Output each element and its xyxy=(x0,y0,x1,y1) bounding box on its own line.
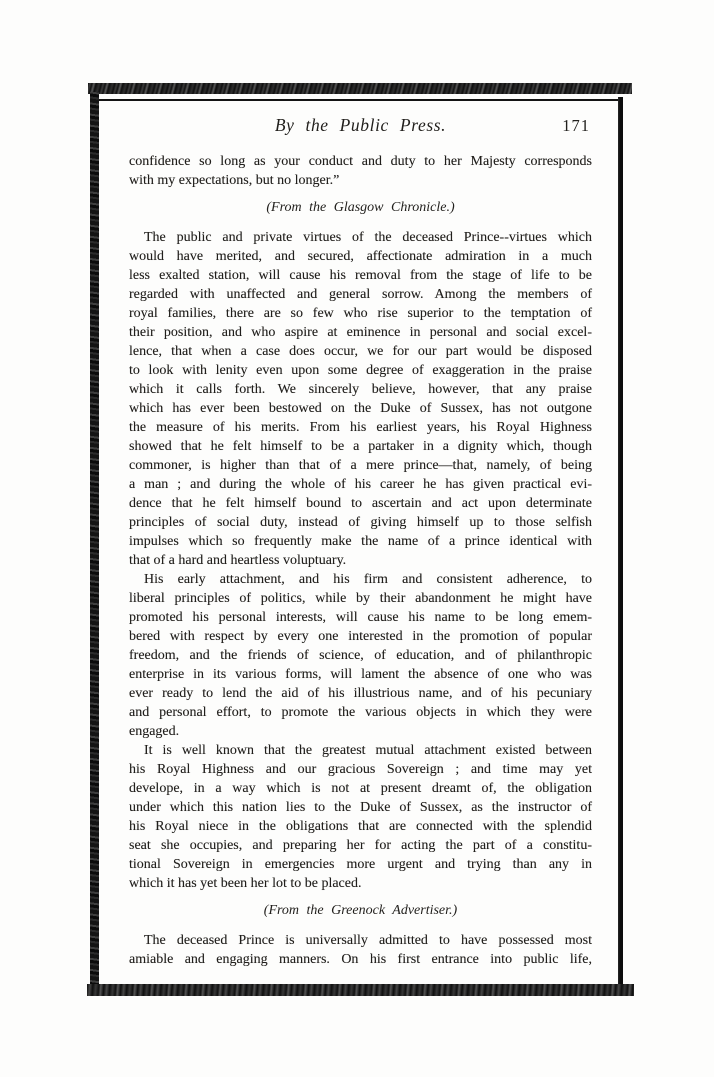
text-line: to look with lenity even upon some degre… xyxy=(129,361,592,380)
text-line: showed that he felt himself to be a part… xyxy=(129,437,592,456)
text-line: develope, in a way which is not at prese… xyxy=(129,779,592,798)
text-line: His early attachment, and his firm and c… xyxy=(129,570,592,589)
text-line: The public and private virtues of the de… xyxy=(129,228,592,247)
text-line: impulses which so frequently make the na… xyxy=(129,532,592,551)
text-line: their position, and who aspire at eminen… xyxy=(129,323,592,342)
paragraph: The public and private virtues of the de… xyxy=(129,228,592,570)
page-title: By the Public Press. xyxy=(275,115,446,135)
paragraph: confidence so long as your conduct and d… xyxy=(129,152,592,190)
text-line: liberal principles of politics, while by… xyxy=(129,589,592,608)
text-line: bered with respect by every one interest… xyxy=(129,627,592,646)
text-line: seat she occupies, and preparing her for… xyxy=(129,836,592,855)
page-frame: By the Public Press. 171 confidence so l… xyxy=(90,83,627,996)
paragraph: The deceased Prince is universally admit… xyxy=(129,931,592,969)
text-line: and personal effort, to promote the vari… xyxy=(129,703,592,722)
text-column: confidence so long as your conduct and d… xyxy=(129,152,592,969)
text-line: which it has yet been her lot to be plac… xyxy=(129,874,592,893)
page-number: 171 xyxy=(562,116,590,136)
text-line: confidence so long as your conduct and d… xyxy=(129,152,592,171)
text-line: The deceased Prince is universally admit… xyxy=(129,931,592,950)
text-line: would have merited, and secured, affecti… xyxy=(129,247,592,266)
text-line: amiable and engaging manners. On his fir… xyxy=(129,950,592,969)
text-line: enterprise in its various forms, will la… xyxy=(129,665,592,684)
text-line: engaged. xyxy=(129,722,592,741)
text-line: his Royal niece in the obligations that … xyxy=(129,817,592,836)
text-line: his Royal Highness and our gracious Sove… xyxy=(129,760,592,779)
text-line: It is well known that the greatest mutua… xyxy=(129,741,592,760)
page-border-bottom xyxy=(87,984,634,996)
text-line: that of a hard and heartless voluptuary. xyxy=(129,551,592,570)
text-line: lence, that when a case does occur, we f… xyxy=(129,342,592,361)
text-line: freedom, and the friends of science, of … xyxy=(129,646,592,665)
page-border-right xyxy=(618,97,623,984)
paragraph: It is well known that the greatest mutua… xyxy=(129,741,592,893)
text-line: which has ever been bestowed on the Duke… xyxy=(129,399,592,418)
page-border-top xyxy=(88,83,632,94)
text-line: the measure of his merits. From his earl… xyxy=(129,418,592,437)
page-border-left xyxy=(90,92,99,985)
text-line: under which this nation lies to the Duke… xyxy=(129,798,592,817)
text-line: with my expectations, but no longer.” xyxy=(129,171,592,190)
section-heading: (From the Greenock Advertiser.) xyxy=(129,902,592,920)
paragraph: His early attachment, and his firm and c… xyxy=(129,570,592,741)
text-line: ever ready to lend the aid of his illust… xyxy=(129,684,592,703)
text-line: promoted his personal interests, will ca… xyxy=(129,608,592,627)
section-heading: (From the Glasgow Chronicle.) xyxy=(129,199,592,217)
text-line: regarded with unaffected and general sor… xyxy=(129,285,592,304)
text-line: a man ; and during the whole of his care… xyxy=(129,475,592,494)
text-line: dence that he felt himself bound to asce… xyxy=(129,494,592,513)
text-line: commoner, is higher than that of a mere … xyxy=(129,456,592,475)
running-head: By the Public Press. 171 xyxy=(129,115,592,139)
text-line: royal families, there are so few who ris… xyxy=(129,304,592,323)
text-line: principles of social duty, instead of gi… xyxy=(129,513,592,532)
page-content: By the Public Press. 171 confidence so l… xyxy=(99,101,618,984)
text-line: which it calls forth. We sincerely belie… xyxy=(129,380,592,399)
text-line: less exalted station, will cause his rem… xyxy=(129,266,592,285)
text-line: tional Sovereign in emergencies more urg… xyxy=(129,855,592,874)
